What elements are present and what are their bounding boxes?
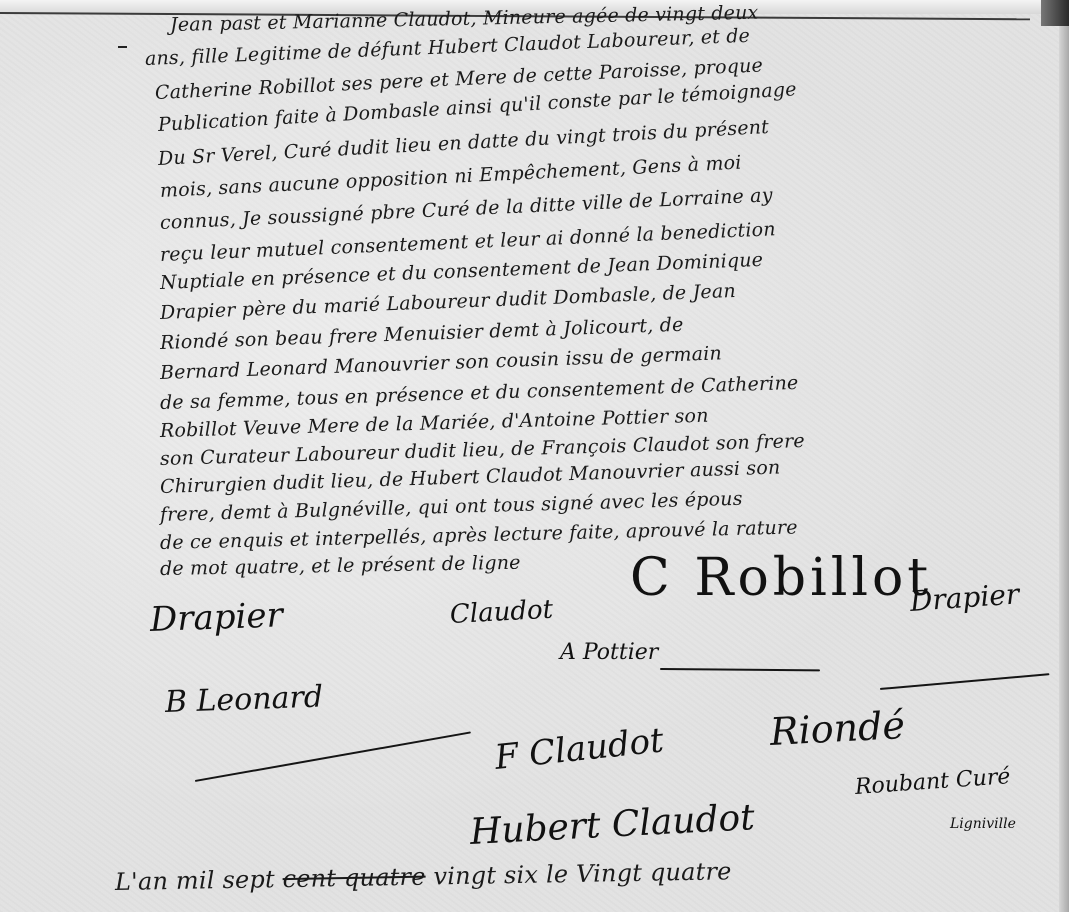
register-page: Jean past et Marianne Claudot, Mineure a… <box>0 0 1069 912</box>
signature-claudot-bride: Claudot <box>449 595 554 630</box>
signature-flourish <box>660 668 820 671</box>
signature-rionde: Riondé <box>769 703 906 754</box>
signature-robillot: C Robillot <box>630 548 932 608</box>
signature-leonard: B Leonard <box>164 679 323 719</box>
struck-text: cent quatre <box>282 863 425 893</box>
next-record-middle: vingt <box>433 861 496 890</box>
margin-mark <box>118 46 127 48</box>
next-record-line: L'an mil sept cent quatre vingt six le V… <box>115 857 732 896</box>
page-right-edge <box>1059 26 1069 912</box>
signature-pottier: A Pottier <box>560 640 658 665</box>
signature-flourish <box>195 731 471 782</box>
next-record-suffix: six le Vingt quatre <box>504 857 732 889</box>
signature-drapier-father: Drapier <box>909 577 1020 618</box>
signature-cure-subscript: Ligniville <box>950 816 1016 832</box>
signature-cure: Roubant Curé <box>854 764 1011 800</box>
signature-hubert-claudot: Hubert Claudot <box>469 797 756 853</box>
next-record-prefix: L'an mil sept <box>115 865 275 896</box>
scan-corner-shadow <box>1041 0 1069 26</box>
signature-drapier-groom: Drapier <box>149 595 283 640</box>
record-line: de mot quatre, et le présent de ligne <box>160 552 521 580</box>
signature-flourish <box>880 673 1050 690</box>
signature-f-claudot: F Claudot <box>493 720 666 777</box>
